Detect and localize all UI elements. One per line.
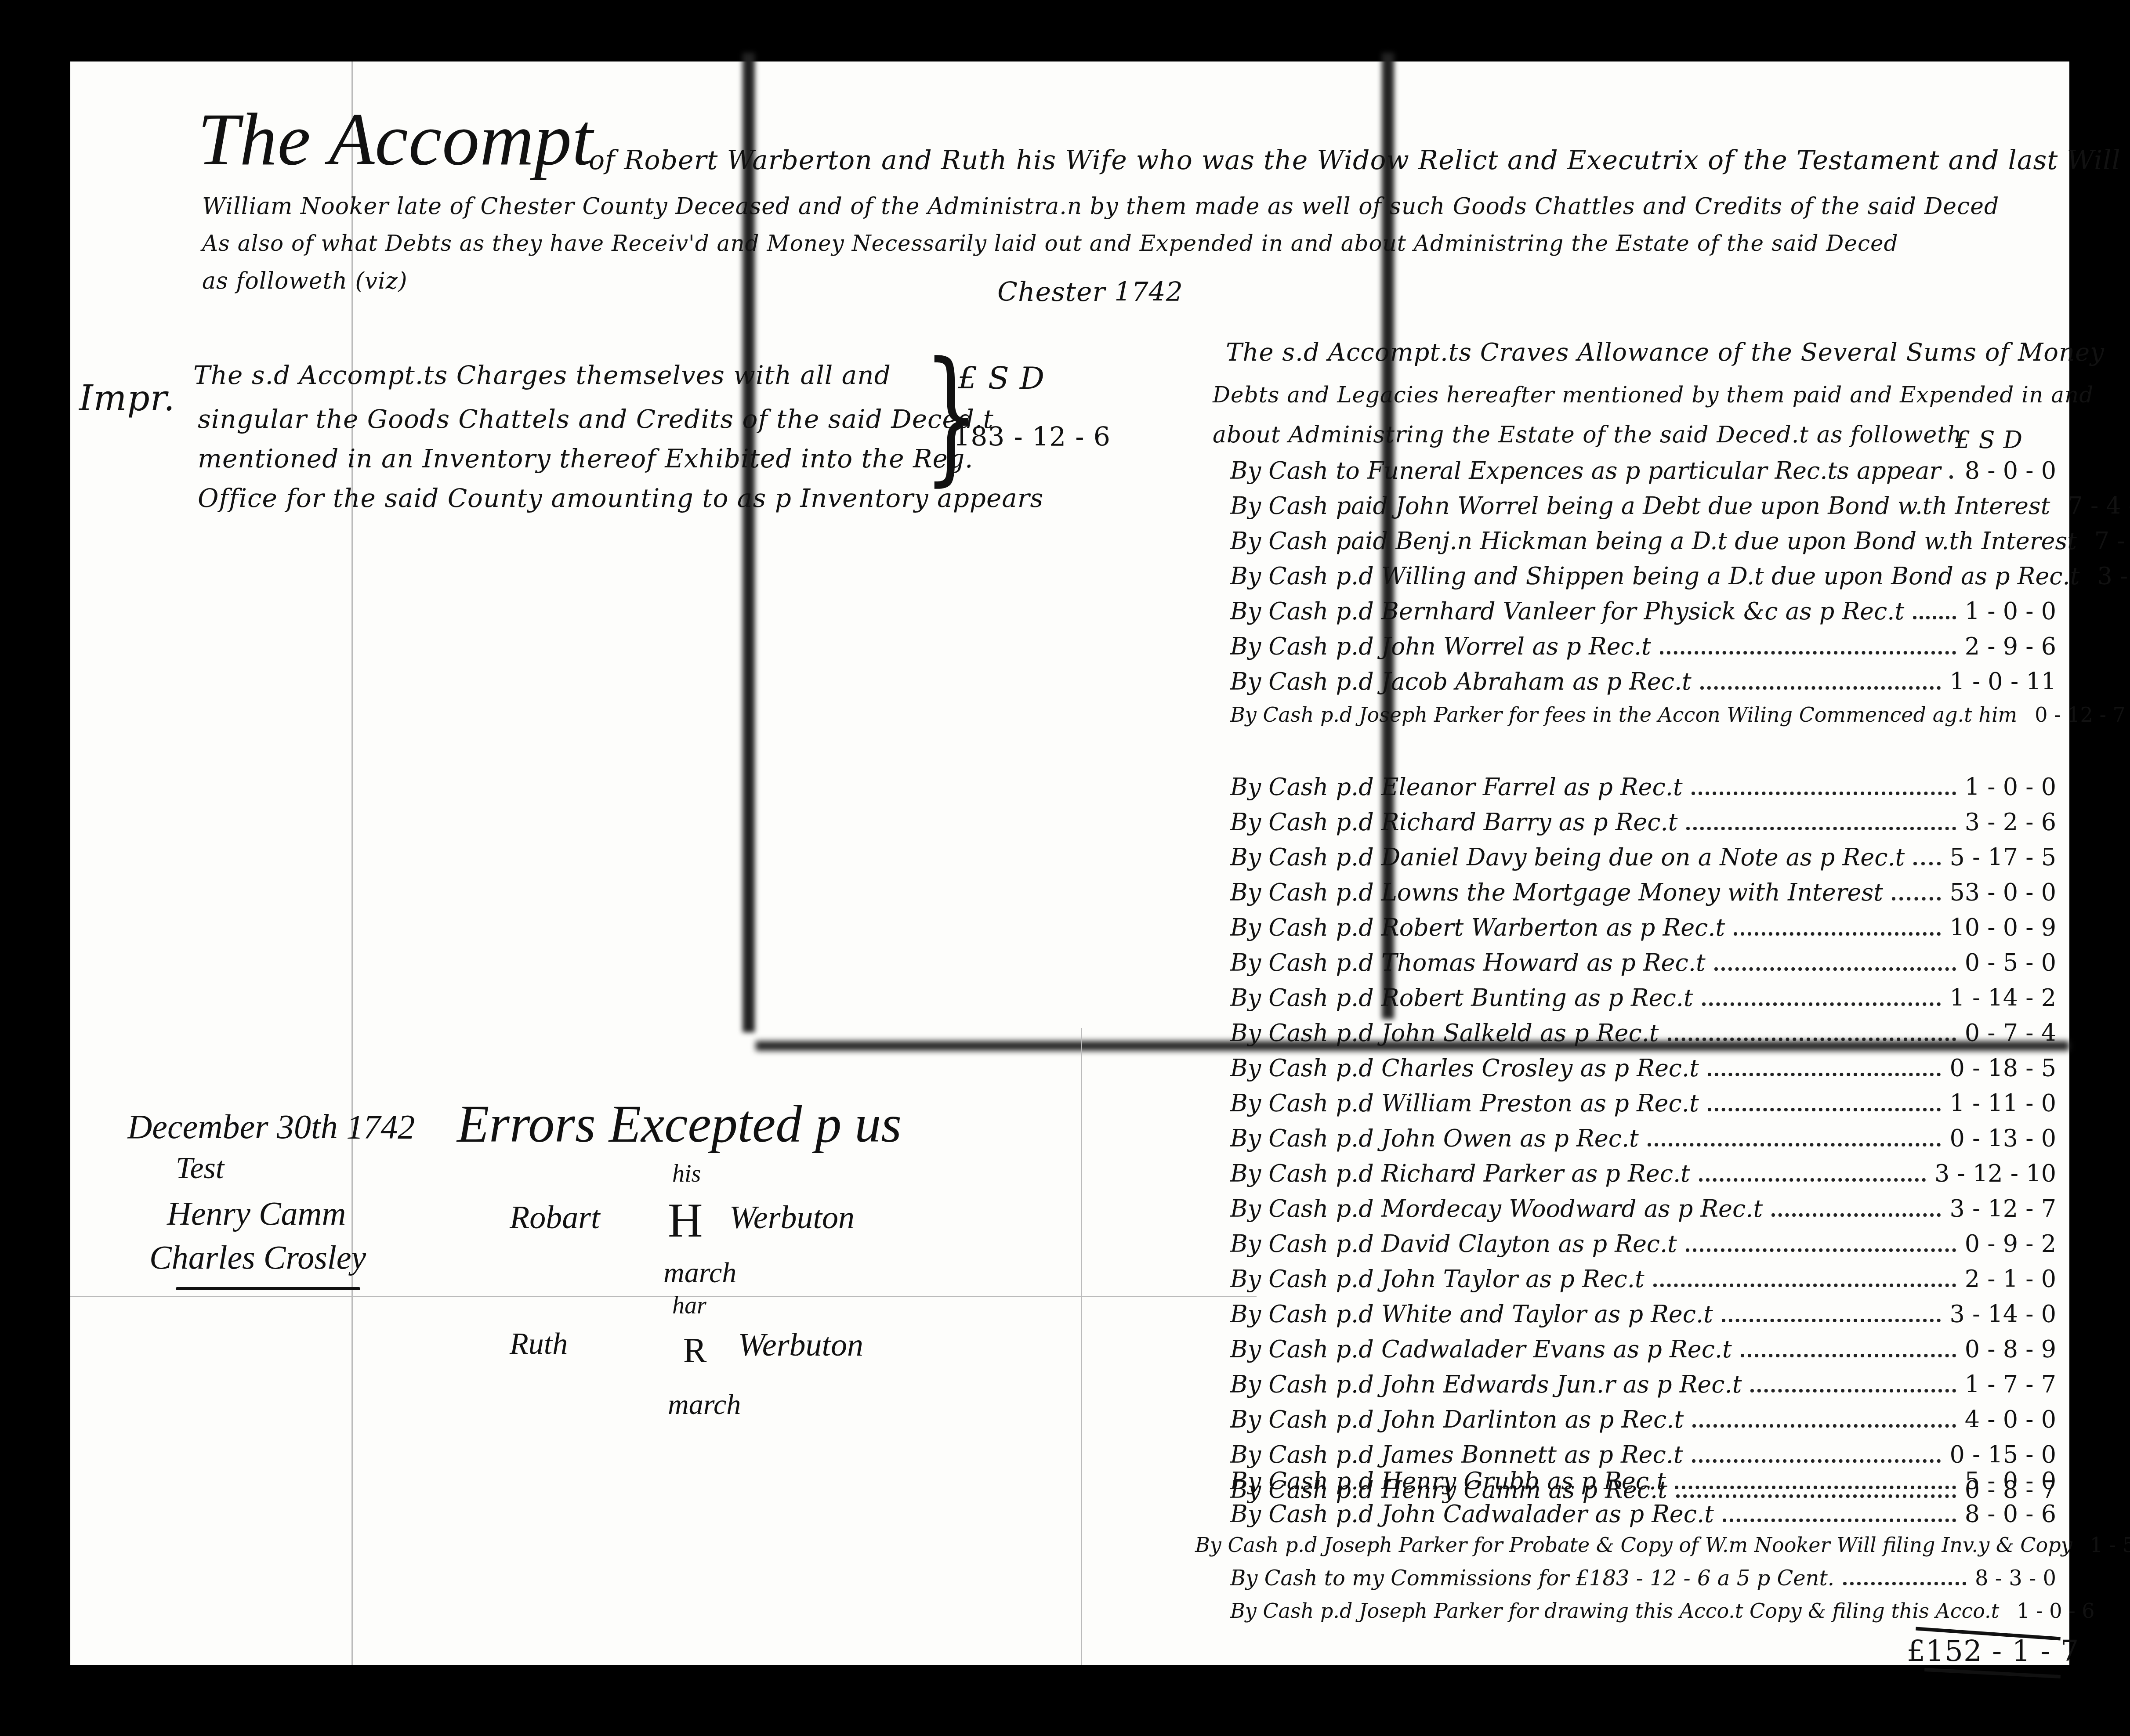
ledger-row: By Cash p.d Robert Warberton as p Rec.t1… bbox=[1230, 914, 2056, 941]
discharge-intro-3: about Administring the Estate of the sai… bbox=[1213, 422, 1962, 448]
signer-first-name: Robart bbox=[510, 1199, 600, 1237]
charge-amount: 183 - 12 - 6 bbox=[953, 422, 1111, 452]
ledger-row: By Cash p.d Charles Crosley as p Rec.t0 … bbox=[1230, 1054, 2056, 1082]
ledger-row: By Cash p.d Mordecay Woodward as p Rec.t… bbox=[1230, 1195, 2056, 1222]
charge-currency-header: £ S D bbox=[958, 360, 1045, 396]
ledger-row: By Cash p.d John Edwards Jun.r as p Rec.… bbox=[1230, 1371, 2056, 1398]
ledger-row: By Cash p.d Joseph Parker for Probate & … bbox=[1195, 1533, 2056, 1557]
ledger-row: By Cash p.d Eleanor Farrel as p Rec.t1 -… bbox=[1230, 773, 2056, 801]
crease-vertical-left bbox=[351, 61, 353, 1665]
crease-horizontal-lower bbox=[70, 1296, 1257, 1297]
ledger-row: By Cash p.d John Worrel as p Rec.t2 - 9 … bbox=[1230, 633, 2056, 660]
witness-name: Henry Camm bbox=[167, 1195, 346, 1233]
ledger-row: By Cash p.d Richard Parker as p Rec.t3 -… bbox=[1230, 1160, 2056, 1187]
ledger-row: By Cash p.d Willing and Shippen being a … bbox=[1230, 562, 2056, 590]
witness-name: Charles Crosley bbox=[149, 1239, 366, 1277]
ledger-row: By Cash to my Commissions for £183 - 12 … bbox=[1230, 1566, 2056, 1591]
ledger-row: By Cash p.d Thomas Howard as p Rec.t0 - … bbox=[1230, 949, 2056, 976]
ledger-row: By Cash p.d James Bonnett as p Rec.t0 - … bbox=[1230, 1441, 2056, 1468]
signer-last-name: Werbuton bbox=[729, 1199, 855, 1237]
ledger-row: By Cash paid John Worrel being a Debt du… bbox=[1230, 492, 2056, 520]
witness-flourish bbox=[176, 1287, 360, 1290]
discharge-currency-header: £ S D bbox=[1955, 426, 2023, 454]
signer-mark: R bbox=[683, 1331, 706, 1371]
ledger-row: By Cash p.d John Taylor as p Rec.t2 - 1 … bbox=[1230, 1265, 2056, 1293]
charge-line-4: Office for the said County amounting to … bbox=[198, 483, 1043, 513]
impr-marker: Impr. bbox=[79, 378, 175, 419]
discharge-intro-2: Debts and Legacies hereafter mentioned b… bbox=[1213, 382, 2094, 408]
signer-mark: H bbox=[668, 1193, 703, 1248]
heading-line-1: of Robert Warberton and Ruth his Wife wh… bbox=[589, 145, 2130, 176]
ledger-row: By Cash paid Benj.n Hickman being a D.t … bbox=[1230, 527, 2056, 555]
ledger-row: By Cash p.d John Owen as p Rec.t0 - 13 -… bbox=[1230, 1125, 2056, 1152]
heading-line-3: As also of what Debts as they have Recei… bbox=[202, 231, 1898, 256]
signer-above: his bbox=[672, 1160, 701, 1188]
charge-line-1: The s.d Accompt.ts Charges themselves wi… bbox=[193, 360, 891, 390]
signer-below: march bbox=[668, 1388, 741, 1421]
discharge-ledger: By Cash to Funeral Expences as p particu… bbox=[1230, 457, 2056, 1555]
ledger-row: By Cash p.d Cadwalader Evans as p Rec.t0… bbox=[1230, 1335, 2056, 1363]
ledger-row: By Cash p.d Bernhard Vanleer for Physick… bbox=[1230, 597, 2056, 625]
heading-line-4: as followeth (viz) bbox=[202, 268, 408, 294]
ledger-row: By Cash to Funeral Expences as p particu… bbox=[1230, 457, 2056, 485]
signer-last-name: Werbuton bbox=[738, 1327, 863, 1364]
ledger-row: By Cash p.d William Preston as p Rec.t1 … bbox=[1230, 1089, 2056, 1117]
signer-first-name: Ruth bbox=[510, 1327, 568, 1362]
ledger-row: By Cash p.d John Darlinton as p Rec.t4 -… bbox=[1230, 1406, 2056, 1433]
ledger-row: By Cash p.d Jacob Abraham as p Rec.t1 - … bbox=[1230, 668, 2056, 695]
signer-below: march bbox=[663, 1256, 736, 1290]
ledger-row: By Cash p.d Daniel Davy being due on a N… bbox=[1230, 843, 2056, 871]
charge-line-3: mentioned in an Inventory thereof Exhibi… bbox=[198, 444, 974, 474]
discharge-total: £152 - 1 - 7 bbox=[1907, 1634, 2079, 1668]
ledger-row: By Cash p.d Lowns the Mortgage Money wit… bbox=[1230, 879, 2056, 906]
ledger-row: By Cash p.d John Salkeld as p Rec.t0 - 7… bbox=[1230, 1019, 2056, 1047]
ledger-row: By Cash p.d Richard Barry as p Rec.t3 - … bbox=[1230, 808, 2056, 836]
ledger-row: By Cash p.d Robert Bunting as p Rec.t1 -… bbox=[1230, 984, 2056, 1012]
ledger-row: By Cash p.d Henry Grubb as p Rec.t5 - 0 … bbox=[1230, 1467, 2056, 1495]
ledger-row: By Cash p.d Joseph Parker for drawing th… bbox=[1230, 1599, 2056, 1623]
closing-date: December 30th 1742 bbox=[127, 1107, 415, 1146]
ledger-row: By Cash p.d White and Taylor as p Rec.t3… bbox=[1230, 1300, 2056, 1328]
document-page: The Accompt of Robert Warberton and Ruth… bbox=[70, 61, 2069, 1665]
ledger-row: By Cash p.d David Clayton as p Rec.t0 - … bbox=[1230, 1230, 2056, 1258]
errors-excepted: Errors Excepted p us bbox=[457, 1094, 902, 1154]
crease-vertical-mid bbox=[1081, 1028, 1082, 1665]
place-date: Chester 1742 bbox=[997, 277, 1183, 307]
witness-label: Test bbox=[176, 1151, 224, 1186]
document-title: The Accompt bbox=[198, 97, 593, 182]
charge-line-2: singular the Goods Chattels and Credits … bbox=[198, 404, 994, 434]
total-rule-bottom bbox=[1924, 1668, 2061, 1678]
ledger-row: By Cash p.d John Cadwalader as p Rec.t8 … bbox=[1230, 1500, 2056, 1528]
ledger-row: By Cash p.d Joseph Parker for fees in th… bbox=[1230, 703, 2056, 727]
discharge-intro-1: The s.d Accompt.ts Craves Allowance of t… bbox=[1226, 338, 2105, 367]
signer-above: har bbox=[672, 1291, 706, 1320]
heading-line-2: William Nooker late of Chester County De… bbox=[202, 193, 1999, 220]
